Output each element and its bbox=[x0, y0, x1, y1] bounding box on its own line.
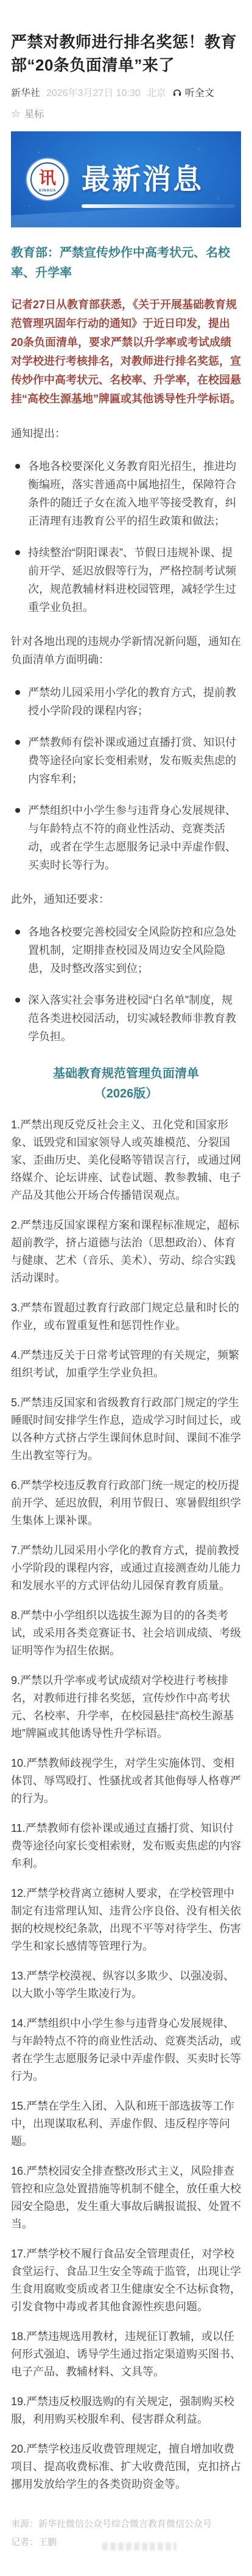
star-button[interactable]: ☆ 星标 bbox=[11, 106, 241, 120]
negative-list-item: 13.严禁学校漠视、纵容以多欺少、以强凌弱、以大欺小等学生欺凌行为。 bbox=[11, 1967, 241, 2003]
banner-badge-underline bbox=[82, 204, 235, 208]
source-name[interactable]: 新华社 bbox=[11, 85, 40, 99]
bullet-list: 各地各校要完善校园安全风险防控和应急处置机制，定期排查校园及周边安全风险隐患，及… bbox=[11, 923, 241, 1046]
banner-badge: 最新消息 bbox=[82, 157, 235, 208]
bullet-item: 深入落实社会事务进校园“白名单”制度，规范各类进校园活动，切实减轻教师非教育教学… bbox=[11, 991, 241, 1046]
negative-list-item: 17.严禁学校不履行食品安全管理责任，对学校食堂运行、食品卫生安全等疏于监管，出… bbox=[11, 2245, 241, 2316]
negative-list-item: 12.严禁学校背离立德树人要求，在学校管理中制定有违常理认知、违背公序良俗、没有… bbox=[11, 1885, 241, 1955]
negative-list-item: 9.严禁以升学率或考试成绩对学校进行考核排名，对教师进行排名奖惩，宣传炒作中高考… bbox=[11, 1672, 241, 1742]
bullet-item: 严禁幼儿园采用小学化的教育方式，提前教授小学阶段的课程内容； bbox=[11, 683, 241, 720]
negative-list-item: 16.严禁校园安全排查整改形式主义，风险排查管控和应急处置措施等机制不健全，放任… bbox=[11, 2163, 241, 2233]
negative-list-item: 5.严禁违反国家和省级教育行政部门规定的学生睡眠时间安排学生作息，造成学习时间过… bbox=[11, 1394, 241, 1465]
star-icon: ☆ bbox=[11, 108, 21, 119]
news-banner-image[interactable]: 讯 XINHUA 最新消息 bbox=[11, 131, 241, 227]
section-intro: 针对各地出现的违规办学新情况新问题，通知在负面清单方面明确： bbox=[11, 632, 241, 669]
bullet-item: 严禁组织中小学生参与违背身心发展规律、与年龄特点不符的商业性活动、竞赛类活动，或… bbox=[11, 801, 241, 874]
bullet-item: 严禁教师有偿补课或通过直播打赏、知识付费等途径向家长变相索财，发布贩卖焦虑的内容… bbox=[11, 733, 241, 788]
xinhua-logo-caption: XINHUA bbox=[32, 189, 63, 193]
xinhua-logo-glyph: 讯 bbox=[39, 170, 56, 187]
negative-list-item: 6.严禁学校违反教育行政部门统一规定的校历提前开学、延迟放假，利用节假日、寒暑假… bbox=[11, 1477, 241, 1530]
negative-list-item: 15.严禁在学生入团、入队和班干部选拔等工作中，出现谋取私利、弄虚作假、违反程序… bbox=[11, 2098, 241, 2150]
negative-list-item: 2.严禁违反国家课程方案和课程标准规定，超标超前教学，挤占道德与法治（思想政治）… bbox=[11, 1217, 241, 1287]
publish-location: 北京 bbox=[147, 85, 166, 99]
article-subtitle: 教育部：严禁宣传炒作中高考状元、名校率、升学率 bbox=[11, 243, 241, 283]
star-label: 星标 bbox=[24, 106, 44, 120]
negative-list-heading-line2: （2026版） bbox=[11, 1084, 241, 1104]
bullet-item: 持续整治“阴阳课表”、节假日违规补课、提前开学、延迟放假等行为，严格控制考试频次… bbox=[11, 544, 241, 616]
listen-fulltext-button[interactable]: 听全文 bbox=[172, 85, 214, 99]
section-intro: 通知提出： bbox=[11, 424, 241, 443]
section-intro: 此外，通知还要求： bbox=[11, 890, 241, 908]
bullet-list: 严禁幼儿园采用小学化的教育方式，提前教授小学阶段的课程内容； 严禁教师有偿补课或… bbox=[11, 683, 241, 874]
negative-list-item: 8.严禁中小学组织以选拔生源为目的的各类考试，或采用各类竞赛证书、社会培训成绩、… bbox=[11, 1607, 241, 1660]
xinhua-logo-icon: 讯 XINHUA bbox=[27, 159, 68, 200]
byline: 新华社 2026年3月27日 10:30 北京 听全文 bbox=[11, 85, 241, 99]
headphone-icon bbox=[172, 88, 182, 97]
lead-paragraph: 记者27日从教育部获悉，《关于开展基础教育规范管理巩固年行动的通知》于近日印发，… bbox=[11, 295, 241, 409]
page-title: 严禁对教师进行排名奖惩！教育部“20条负面清单”来了 bbox=[11, 30, 241, 77]
negative-list-item: 19.严禁违反校服选购的有关规定，强制购买校服，利用购买校服牟利、侵害群众利益。 bbox=[11, 2393, 241, 2428]
negative-list-item: 1.严禁出现反党反社会主义、丑化党和国家形象、诋毁党和国家领导人或英雄模范、分裂… bbox=[11, 1116, 241, 1204]
publish-datetime: 2026年3月27日 10:30 bbox=[46, 85, 141, 99]
negative-list-item: 18.严禁违规选用教材，违规征订教辅，或以任何形式强迫、诱导学生通过指定渠道购买… bbox=[11, 2328, 241, 2381]
negative-list-item: 20.严禁学校违反收费管理规定，擅自增加收费项目、提高收费标准、扩大收费范围，克… bbox=[11, 2440, 241, 2493]
negative-list-item: 10.严禁教师歧视学生，对学生实施体罚、变相体罚、辱骂殴打、性骚扰或者其他侮辱人… bbox=[11, 1755, 241, 1808]
banner-badge-text: 最新消息 bbox=[82, 157, 235, 198]
negative-list-item: 4.严禁违反关于日常考试管理的有关规定，频繁组织考试，加重学生学业负担。 bbox=[11, 1347, 241, 1382]
article-page: 严禁对教师进行排名奖惩！教育部“20条负面清单”来了 新华社 2026年3月27… bbox=[0, 30, 252, 2576]
negative-list-item: 3.严禁布置超过教育行政部门规定总量和时长的作业，或布置重复性和惩罚性作业。 bbox=[11, 1299, 241, 1335]
article-footer: 来源：新华社微信公众号综合微言教育微信公众号 记者：王鹏 bbox=[11, 2515, 241, 2552]
bullet-list: 各地各校要深化义务教育阳光招生，推进均衡编班，落实普通高中属地招生，保障符合条件… bbox=[11, 457, 241, 616]
xinhua-logo-ring: 讯 XINHUA bbox=[30, 162, 65, 196]
negative-list-heading-line1: 基础教育规范管理负面清单 bbox=[11, 1064, 241, 1084]
negative-list-heading: 基础教育规范管理负面清单 （2026版） bbox=[11, 1064, 241, 1104]
footer-source: 来源：新华社微信公众号综合微言教育微信公众号 bbox=[11, 2515, 241, 2533]
negative-list-item: 7.严禁幼儿园采用小学化的教育方式，提前教授小学阶段的课程内容，或通过直接测查幼… bbox=[11, 1542, 241, 1595]
bullet-item: 各地各校要深化义务教育阳光招生，推进均衡编班，落实普通高中属地招生，保障符合条件… bbox=[11, 457, 241, 530]
negative-list-item: 11.严禁教师有偿补课或通过直播打赏、知识付费等途径向家长变相索财，发布贩卖焦虑… bbox=[11, 1820, 241, 1873]
negative-list-item: 14.严禁组织中小学生参与违背身心发展规律、与年龄特点不符的商业性活动、竞赛类活… bbox=[11, 2015, 241, 2085]
bullet-item: 各地各校要完善校园安全风险防控和应急处置机制，定期排查校园及周边安全风险隐患，及… bbox=[11, 923, 241, 978]
weibo-watermark bbox=[102, 2543, 177, 2550]
listen-fulltext-label: 听全文 bbox=[185, 85, 214, 99]
